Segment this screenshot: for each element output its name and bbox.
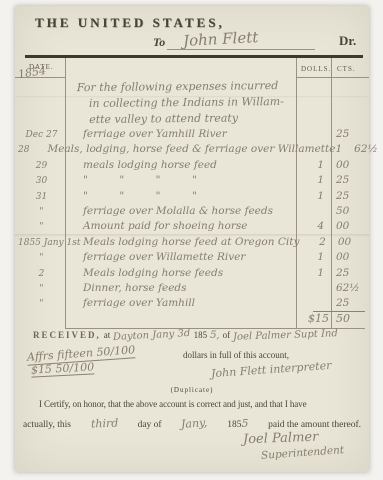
row-date: " xyxy=(15,207,65,217)
month-handwritten: Jany, xyxy=(181,416,208,431)
row-description: meals lodging horse feed xyxy=(65,159,296,171)
year-note-handwritten: 1854 xyxy=(17,64,47,81)
payee-signature: John Flett interpreter xyxy=(211,359,332,380)
row-cents: 25 xyxy=(331,267,369,279)
table-row: 28 Meals, lodging, horse feed & ferriage… xyxy=(15,143,369,158)
year-printed: 185 xyxy=(194,330,208,340)
row-cents: 50 xyxy=(331,205,369,217)
row-description: Meals lodging horse feeds xyxy=(65,267,296,279)
day-of-label: day of xyxy=(138,420,162,430)
table-row: 30 " " " " 1 25 xyxy=(15,174,369,189)
row-description: ferriage over Yamhill xyxy=(65,297,296,309)
payer-handwritten: Joel Palmer Supt Ind xyxy=(233,328,338,343)
certification-line1: I Certify, on honor, that the above acco… xyxy=(39,399,367,409)
duplicate-label: (Duplicate) xyxy=(15,386,369,394)
row-description: Meals, lodging, horse feed & ferriage ov… xyxy=(29,143,335,155)
total-dollars: $15 xyxy=(299,312,329,325)
table-row: " ferriage over Molalla & horse feeds 50 xyxy=(15,205,369,220)
row-cents: 25 xyxy=(331,128,369,140)
table-row: 29 meals lodging horse feed 1 00 xyxy=(15,159,369,174)
table-row: " Amount paid for shoeing horse 4 00 xyxy=(15,220,369,235)
year-printed: 185 xyxy=(227,420,241,430)
year-handwritten: 5 xyxy=(241,417,248,430)
table-row: 1855 Jany 1st Meals lodging horse feed a… xyxy=(15,236,369,251)
row-dollars: 1 xyxy=(296,174,331,186)
superintendent-title: Superintendent xyxy=(261,444,345,462)
row-date: 28 xyxy=(15,145,29,155)
of-label: of xyxy=(223,330,231,340)
row-dollars: 1 xyxy=(296,267,331,279)
row-description: ferriage over Molalla & horse feeds xyxy=(65,205,296,217)
row-description: ferriage over Yamhill River xyxy=(65,128,296,140)
actually-label: actually, this xyxy=(23,420,71,430)
row-dollars: 1 xyxy=(335,143,349,155)
row-date: 1855 Jany 1st xyxy=(15,238,65,248)
row-cents: 25 xyxy=(331,174,369,186)
place-date-handwritten: Dayton Jany 3d xyxy=(113,328,191,343)
row-cents: 00 xyxy=(331,159,369,171)
received-label: RECEIVED, xyxy=(33,330,101,340)
row-dollars: 1 xyxy=(296,190,331,202)
row-cents: 25 xyxy=(331,297,369,309)
at-label: at xyxy=(104,330,111,340)
header-rule xyxy=(25,55,363,58)
payee-underline xyxy=(167,49,315,50)
expense-intro: For the following expenses incurred in c… xyxy=(77,78,297,128)
row-date: 29 xyxy=(15,161,65,171)
row-date: 30 xyxy=(15,176,65,186)
row-date: 2 xyxy=(15,269,65,279)
table-row: " ferriage over Willamette River 1 00 xyxy=(15,251,369,266)
document-title: THE UNITED STATES, xyxy=(35,15,225,31)
amount-in-figures-handwritten: $15 50/100 xyxy=(31,360,95,377)
row-dollars: 1 xyxy=(296,251,331,263)
row-description: Amount paid for shoeing horse xyxy=(65,220,296,232)
row-date: Dec 27 xyxy=(15,130,65,140)
intro-line: in collecting the Indians in Willam- xyxy=(89,94,297,112)
document-paper: THE UNITED STATES, To John Flett Dr. DAT… xyxy=(15,6,369,472)
payee-name-handwritten: John Flett xyxy=(183,28,259,50)
row-dollars: 1 xyxy=(296,159,331,171)
total-cents: 50 xyxy=(336,312,350,325)
received-line: RECEIVED, at Dayton Jany 3d 185 5, of Jo… xyxy=(33,330,367,341)
amount-header-underline xyxy=(296,77,369,78)
certification-tail: paid the amount thereof. xyxy=(268,420,361,430)
row-description: " " " " xyxy=(65,174,296,186)
row-cents: 00 xyxy=(331,220,369,232)
table-row: 2 Meals lodging horse feeds 1 25 xyxy=(15,267,369,282)
day-handwritten: third xyxy=(90,417,118,431)
row-cents: 25 xyxy=(331,190,369,202)
row-date: " xyxy=(15,299,65,309)
table-row: " Dinner, horse feeds 62½ xyxy=(15,282,369,297)
row-date: " xyxy=(15,284,65,294)
row-dollars: 2 xyxy=(299,236,332,248)
intro-line: ette valley to attend treaty xyxy=(89,110,297,128)
year-handwritten: 5, xyxy=(210,330,220,341)
row-date: 31 xyxy=(15,192,65,202)
table-row: Dec 27 ferriage over Yamhill River 25 xyxy=(15,128,369,143)
year-group: 1855 xyxy=(227,414,248,432)
row-cents: 00 xyxy=(333,236,369,248)
dr-label: Dr. xyxy=(339,33,356,49)
table-row: 31 " " " " 1 25 xyxy=(15,190,369,205)
dollars-label: dollars in full of this account, xyxy=(183,350,289,360)
superintendent-signature: Joel Palmer xyxy=(243,430,319,448)
dollars-column-header: DOLLS. xyxy=(301,65,331,73)
to-label: To xyxy=(153,35,165,50)
row-description: Dinner, horse feeds xyxy=(65,282,296,294)
row-date: " xyxy=(15,253,65,263)
row-description: " " " " xyxy=(65,190,296,202)
row-description: ferriage over Willamette River xyxy=(65,251,296,263)
row-cents: 62½ xyxy=(331,282,369,294)
row-date: " xyxy=(15,222,65,232)
row-cents: 62½ xyxy=(349,143,378,155)
row-cents: 00 xyxy=(331,251,369,263)
cents-column-header: CTS. xyxy=(337,65,356,73)
row-dollars: 4 xyxy=(296,220,331,232)
expense-rows: Dec 27 ferriage over Yamhill River 25 28… xyxy=(15,128,369,313)
row-description: Meals lodging horse feed at Oregon City xyxy=(65,236,299,248)
